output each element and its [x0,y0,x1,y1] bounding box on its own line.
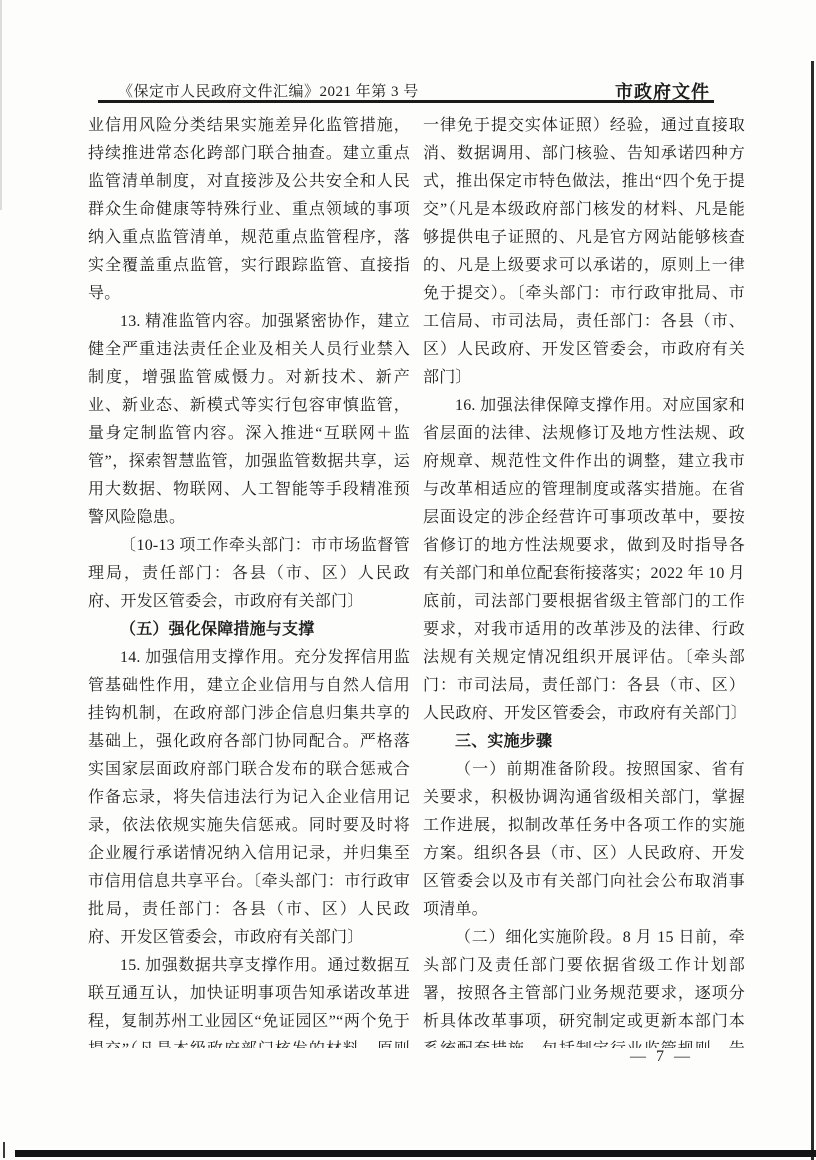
body-paragraph: 16. 加强法律保障支撑作用。对应国家和省层面的法律、法规修订及地方性法规、政府… [423,392,745,728]
body-paragraph: （二）细化实施阶段。8 月 15 日前，牵头部门及责任部门要依据省级工作计划部署… [423,924,745,1048]
document-page: 《保定市人民政府文件汇编》2021 年第 3 号 市政府文件 业信用风险分类结果… [0,0,816,1160]
scan-edge-bottom [15,1150,816,1157]
body-paragraph: 一律免于提交实体证照）经验，通过直接取消、数据调用、部门核验、告知承诺四种方式，… [423,112,745,392]
body-paragraph: 业信用风险分类结果实施差异化监管措施，持续推进常态化跨部门联合抽查。建立重点监管… [88,112,410,308]
left-column: 业信用风险分类结果实施差异化监管措施，持续推进常态化跨部门联合抽查。建立重点监管… [88,112,410,1048]
body-paragraph: 〔10-13 项工作牵头部门：市市场监督管理局，责任部门：各县（市、区）人民政府… [88,532,410,616]
scan-edge-top-left [0,0,2,210]
body-paragraph: 15. 加强数据共享支撑作用。通过数据互联互通互认，加快证明事项告知承诺改革进程… [88,952,410,1048]
compilation-title: 《保定市人民政府文件汇编》2021 年第 3 号 [118,80,419,101]
scan-edge-bottom-left [3,1142,5,1158]
scan-edge-right [811,61,814,1160]
body-paragraph: （一）前期准备阶段。按照国家、省有关要求，积极协调沟通省级相关部门，掌握工作进展… [423,756,745,924]
section-heading: （五）强化保障措施与支撑 [88,616,410,644]
header-rule [98,100,714,103]
right-column: 一律免于提交实体证照）经验，通过直接取消、数据调用、部门核验、告知承诺四种方式，… [423,112,745,1048]
body-paragraph: 14. 加强信用支撑作用。充分发挥信用监管基础性作用，建立企业信用与自然人信用挂… [88,644,410,952]
page-number: — 7 — [630,1048,693,1066]
body-paragraph: 13. 精准监管内容。加强紧密协作，建立健全严重违法责任企业及相关人员行业禁入制… [88,308,410,532]
text-columns: 业信用风险分类结果实施差异化监管措施，持续推进常态化跨部门联合抽查。建立重点监管… [88,112,746,1048]
section-heading: 三、实施步骤 [423,728,745,756]
